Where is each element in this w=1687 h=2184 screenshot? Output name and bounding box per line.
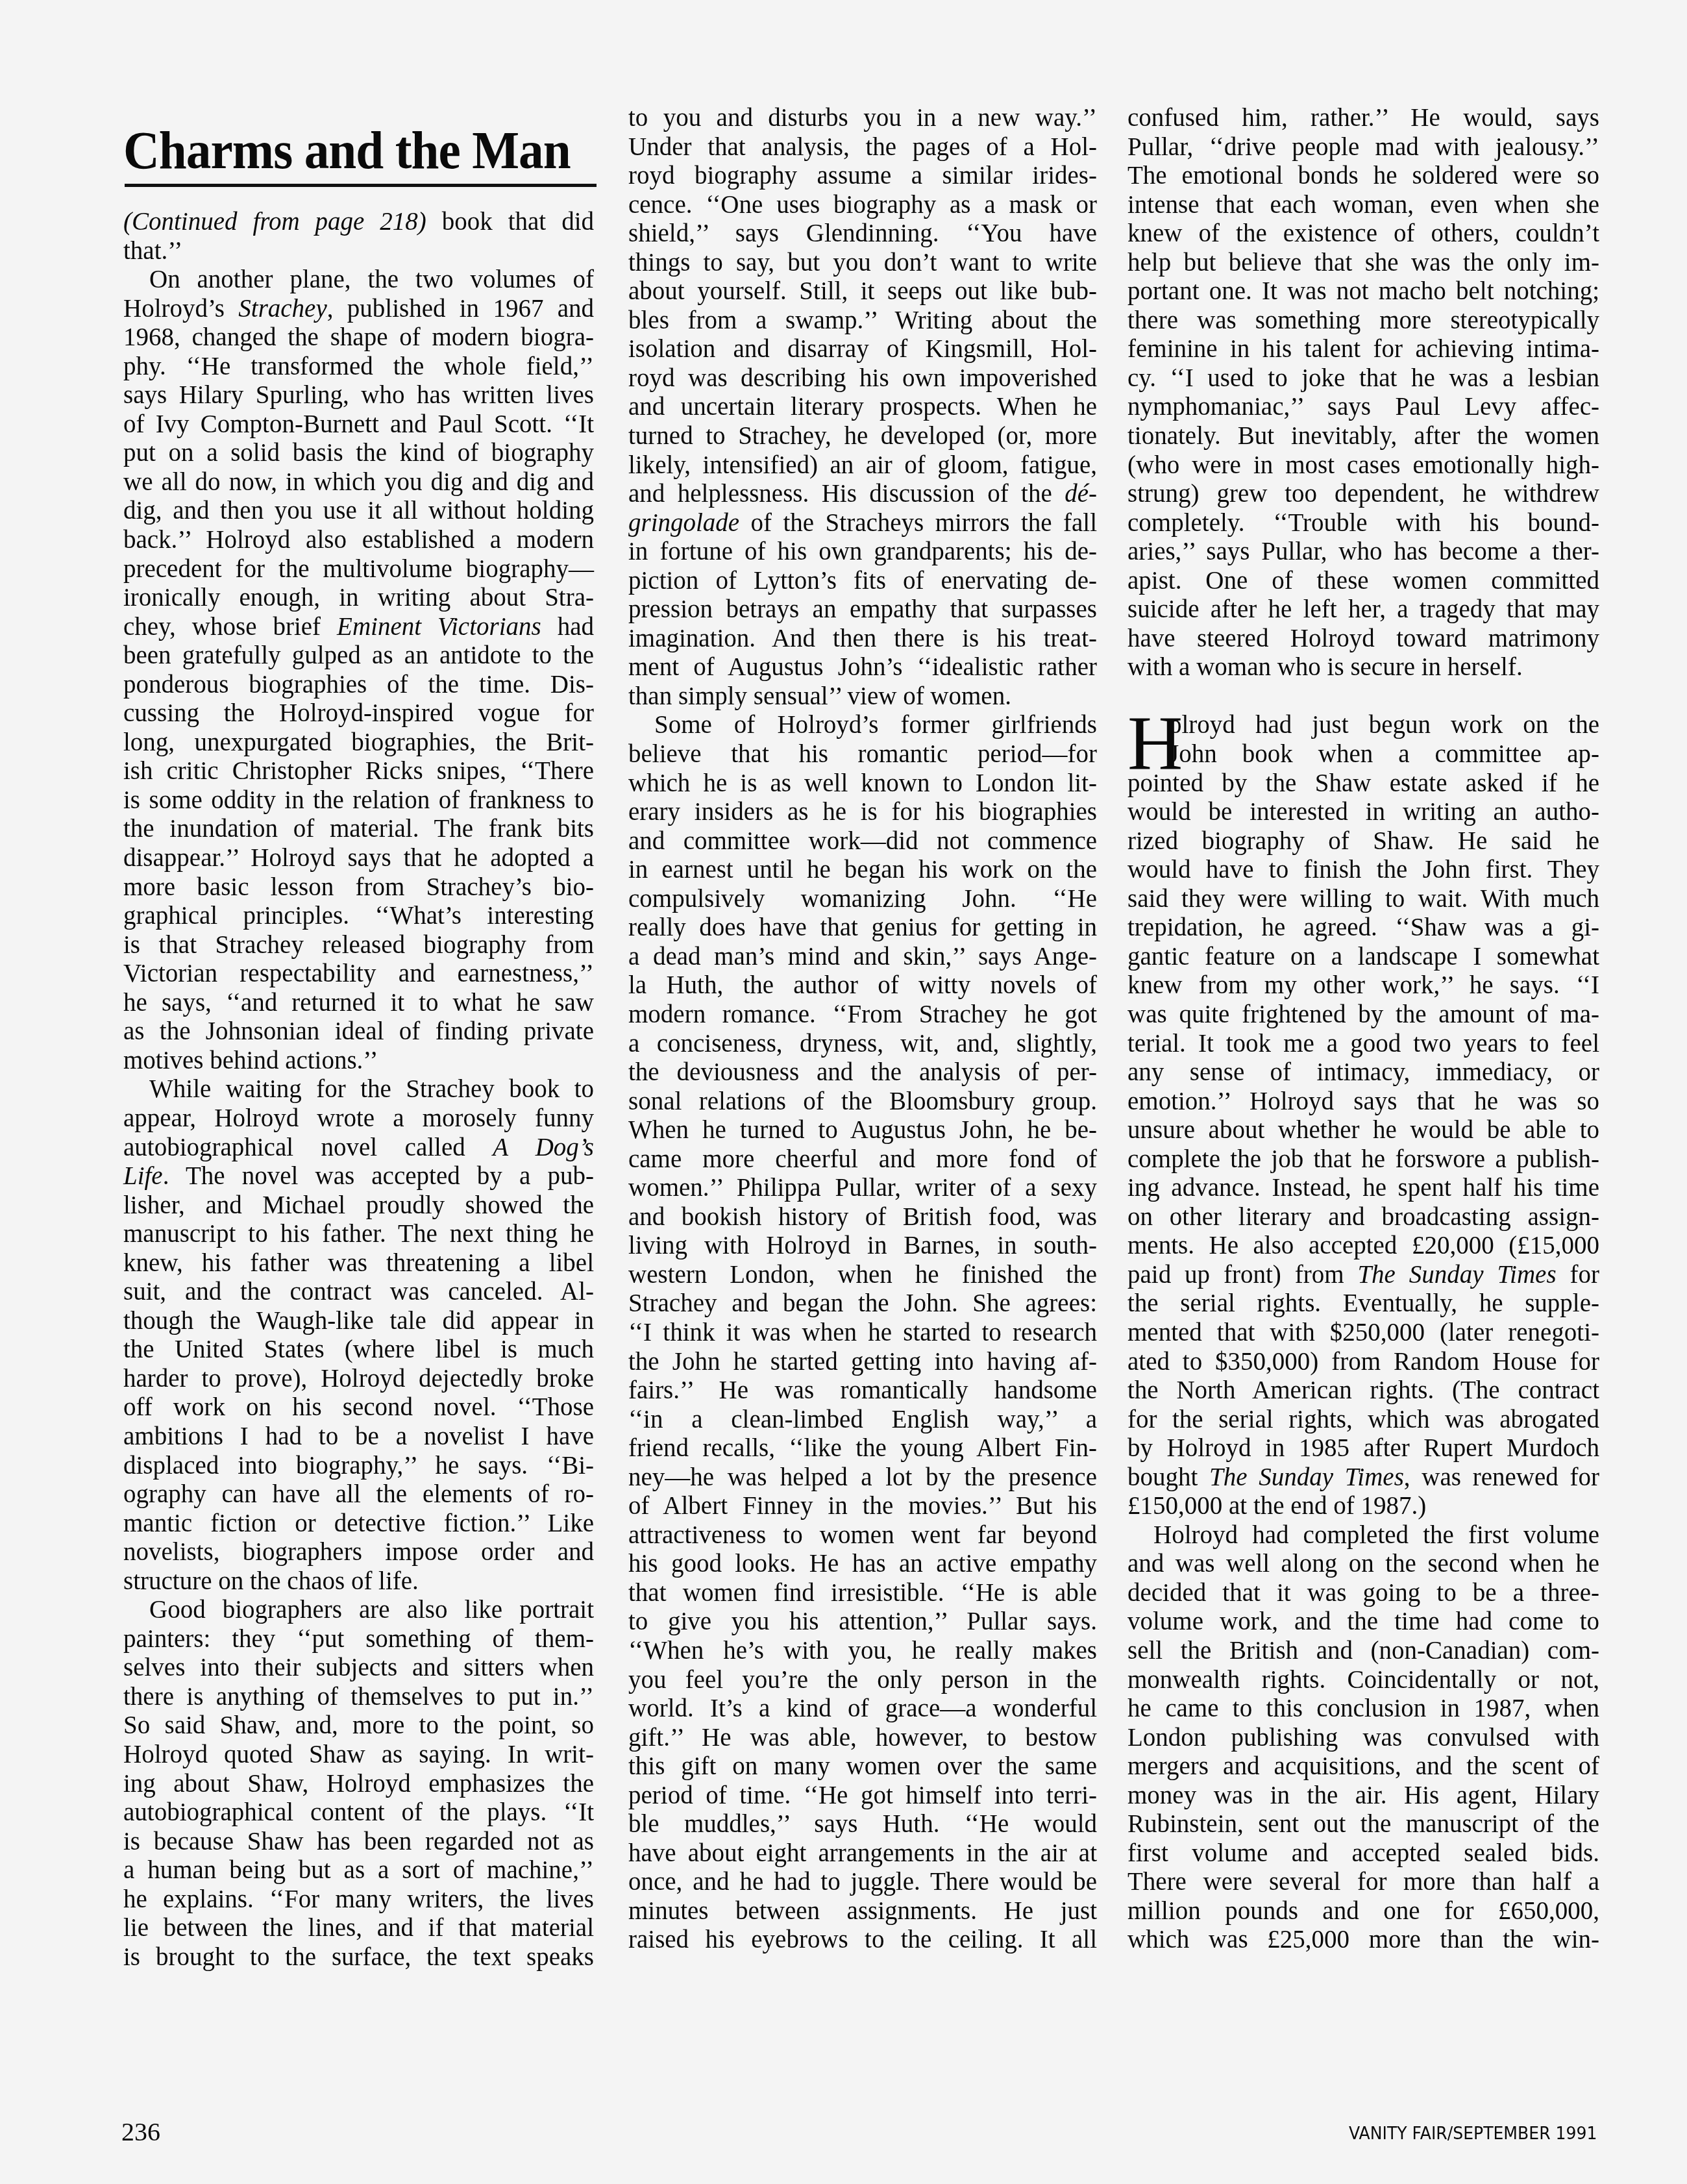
body-text: knew, his father was threatening a libel bbox=[123, 1249, 594, 1277]
text-line: John book when a committee ap- bbox=[1127, 740, 1599, 769]
body-text: (who were in most cases emotionally high… bbox=[1127, 451, 1599, 479]
body-text: we all do now, in which you dig and dig … bbox=[123, 468, 594, 496]
text-line: monwealth rights. Coincidentally or not, bbox=[1127, 1666, 1599, 1695]
text-line: period of time. ‘‘He got himself into te… bbox=[628, 1781, 1097, 1811]
body-text: Strachey and began the John. She agrees: bbox=[628, 1289, 1097, 1317]
italic-text: Strachey bbox=[238, 295, 326, 323]
body-text: royd was describing his own impoverished bbox=[628, 364, 1097, 392]
text-line: ironically enough, in writing about Stra… bbox=[123, 584, 594, 613]
body-text: western London, when he finished the bbox=[628, 1261, 1097, 1289]
body-text: ated to $350,000) from Random House for bbox=[1127, 1348, 1599, 1376]
text-line: first volume and accepted sealed bids. bbox=[1127, 1839, 1599, 1868]
body-text: than simply sensual’’ view of women. bbox=[628, 682, 1011, 710]
text-line: intense that each woman, even when she bbox=[1127, 191, 1599, 220]
text-line: ography can have all the elements of ro- bbox=[123, 1480, 594, 1509]
text-line: he came to this conclusion in 1987, when bbox=[1127, 1694, 1599, 1724]
body-text: John book when a committee ap- bbox=[1169, 740, 1599, 768]
text-line: help but believe that she was the only i… bbox=[1127, 249, 1599, 278]
text-line: ‘‘I think it was when he started to rese… bbox=[628, 1319, 1097, 1348]
text-line: though the Waugh-like tale did appear in bbox=[123, 1307, 594, 1336]
text-line: the United States (where libel is much bbox=[123, 1335, 594, 1365]
text-line: fairs.’’ He was romantically handsome bbox=[628, 1376, 1097, 1406]
text-line: decided that it was going to be a three- bbox=[1127, 1579, 1599, 1608]
body-text: Rubinstein, sent out the manuscript of t… bbox=[1127, 1810, 1599, 1838]
body-text: harder to prove), Holroyd dejectedly bro… bbox=[123, 1365, 594, 1393]
text-line: complete the job that he forswore a publ… bbox=[1127, 1145, 1599, 1174]
body-text: ironically enough, in writing about Stra… bbox=[123, 584, 594, 612]
text-line: paid up front) from The Sunday Times for bbox=[1127, 1261, 1599, 1290]
italic-text: A Dog’s bbox=[493, 1134, 594, 1161]
body-text: raised his eyebrows to the ceiling. It a… bbox=[628, 1926, 1097, 1954]
body-text: is because Shaw has been regarded not as bbox=[123, 1828, 594, 1855]
text-line: there is anything of themselves to put i… bbox=[123, 1683, 594, 1712]
body-text: phy. ‘‘He transformed the whole field,’’ bbox=[123, 353, 594, 380]
text-line: lisher, and Michael proudly showed the bbox=[123, 1191, 594, 1221]
text-line: about yourself. Still, it seeps out like… bbox=[628, 277, 1097, 306]
text-line: strung) grew too dependent, he withdrew bbox=[1127, 480, 1599, 509]
page-number: 236 bbox=[121, 2119, 160, 2145]
text-line: unsure about whether he would be able to bbox=[1127, 1116, 1599, 1145]
body-text: million pounds and one for £650,000, bbox=[1127, 1897, 1599, 1925]
text-line: said they were willing to wait. With muc… bbox=[1127, 885, 1599, 914]
body-text: fairs.’’ He was romantically handsome bbox=[628, 1376, 1097, 1404]
body-text: which he is as well known to London lit- bbox=[628, 769, 1097, 797]
body-text: completely. ‘‘Trouble with his bound- bbox=[1127, 509, 1599, 537]
body-text: have steered Holroyd toward matrimony bbox=[1127, 625, 1599, 652]
text-line: compulsively womanizing John. ‘‘He bbox=[628, 885, 1097, 914]
text-line: he says, ‘‘and returned it to what he sa… bbox=[123, 989, 594, 1018]
body-text: mented that with $250,000 (later renegot… bbox=[1127, 1319, 1599, 1346]
text-line: world. It’s a kind of grace—a wonderful bbox=[628, 1694, 1097, 1724]
text-line: a dead man’s mind and skin,’’ says Ange- bbox=[628, 943, 1097, 972]
text-line: la Huth, the author of witty novels of bbox=[628, 971, 1097, 1000]
text-line: ing about Shaw, Holroyd emphasizes the bbox=[123, 1770, 594, 1799]
text-line: Holroyd’s Strachey, published in 1967 an… bbox=[123, 295, 594, 324]
body-text: appear, Holroyd wrote a morosely funny bbox=[123, 1104, 594, 1132]
text-line: of Ivy Compton-Burnett and Paul Scott. ‘… bbox=[123, 410, 594, 440]
italic-text: dé- bbox=[1065, 480, 1097, 508]
text-line: his good looks. He has an active empathy bbox=[628, 1550, 1097, 1579]
text-line: suit, and the contract was canceled. Al- bbox=[123, 1278, 594, 1307]
text-line: disappear.’’ Holroyd says that he adopte… bbox=[123, 844, 594, 873]
text-line: which he is as well known to London lit- bbox=[628, 769, 1097, 799]
text-line: on other literary and broadcasting assig… bbox=[1127, 1203, 1599, 1232]
text-line: mantic fiction or detective fiction.’’ L… bbox=[123, 1509, 594, 1539]
body-text: monwealth rights. Coincidentally or not, bbox=[1127, 1666, 1599, 1694]
text-line: off work on his second novel. ‘‘Those bbox=[123, 1393, 594, 1422]
text-line: rized biography of Shaw. He said he bbox=[1127, 827, 1599, 856]
body-text: been gratefully gulped as an antidote to… bbox=[123, 641, 594, 669]
body-text: and helplessness. His discussion of the bbox=[628, 480, 1065, 508]
body-text: knew from my other work,’’ he says. ‘‘I bbox=[1127, 971, 1599, 999]
text-line: motives behind actions.’’ bbox=[123, 1047, 594, 1076]
text-line: and uncertain literary prospects. When h… bbox=[628, 393, 1097, 422]
text-line: there was something more stereotypically bbox=[1127, 306, 1599, 336]
body-text: said they were willing to wait. With muc… bbox=[1127, 885, 1599, 913]
text-line: that women find irresistible. ‘‘He is ab… bbox=[628, 1579, 1097, 1608]
body-text: Good biographers are also like portrait bbox=[149, 1596, 594, 1624]
body-text: for bbox=[1557, 1261, 1599, 1289]
text-line: autobiographical content of the plays. ‘… bbox=[123, 1798, 594, 1828]
text-line: back.’’ Holroyd also established a moder… bbox=[123, 526, 594, 555]
body-text: ments. He also accepted £20,000 (£15,000 bbox=[1127, 1232, 1599, 1260]
text-line: cy. ‘‘I used to joke that he was a lesbi… bbox=[1127, 364, 1599, 393]
body-text: believe that his romantic period—for bbox=[628, 740, 1097, 768]
body-text: he came to this conclusion in 1987, when bbox=[1127, 1694, 1599, 1722]
body-text: living with Holroyd in Barnes, in south- bbox=[628, 1232, 1097, 1260]
text-line: we all do now, in which you dig and dig … bbox=[123, 468, 594, 497]
text-line: living with Holroyd in Barnes, in south- bbox=[628, 1232, 1097, 1261]
body-text: women.’’ Philippa Pullar, writer of a se… bbox=[628, 1174, 1097, 1202]
body-text: When he turned to Augustus John, he be- bbox=[628, 1116, 1097, 1144]
body-text: ble muddles,’’ says Huth. ‘‘He would bbox=[628, 1810, 1097, 1838]
body-text: of Albert Finney in the movies.’’ But hi… bbox=[628, 1492, 1097, 1520]
body-text: he says, ‘‘and returned it to what he sa… bbox=[123, 989, 594, 1017]
body-text: erary insiders as he is for his biograph… bbox=[628, 798, 1097, 826]
text-line: Some of Holroyd’s former girlfriends bbox=[628, 711, 1097, 740]
text-line: to you and disturbs you in a new way.’’ bbox=[628, 104, 1097, 133]
body-text: unsure about whether he would be able to bbox=[1127, 1116, 1599, 1144]
body-text: things to say, but you don’t want to wri… bbox=[628, 249, 1097, 277]
body-text: ing about Shaw, Holroyd emphasizes the bbox=[123, 1770, 594, 1798]
body-text: compulsively womanizing John. ‘‘He bbox=[628, 885, 1097, 913]
body-text: says Hilary Spurling, who has written li… bbox=[123, 381, 594, 409]
text-line: gantic feature on a landscape I somewhat bbox=[1127, 943, 1599, 972]
body-text: off work on his second novel. ‘‘Those bbox=[123, 1393, 594, 1421]
body-text: of the Stracheys mirrors the fall bbox=[739, 509, 1097, 537]
body-text: period of time. ‘‘He got himself into te… bbox=[628, 1781, 1097, 1809]
body-text: attractiveness to women went far beyond bbox=[628, 1521, 1097, 1549]
body-text: on other literary and broadcasting assig… bbox=[1127, 1203, 1599, 1231]
text-line: money was in the air. His agent, Hilary bbox=[1127, 1781, 1599, 1811]
text-line: with a woman who is secure in herself. bbox=[1127, 653, 1599, 682]
body-text: royd biography assume a similar irides- bbox=[628, 162, 1097, 190]
body-text: for the serial rights, which was abrogat… bbox=[1127, 1406, 1599, 1433]
text-line: gringolade of the Stracheys mirrors the … bbox=[628, 509, 1097, 538]
text-line: royd was describing his own impoverished bbox=[628, 364, 1097, 393]
text-line: would have to finish the John first. The… bbox=[1127, 856, 1599, 885]
body-text: likely, intensified) an air of gloom, fa… bbox=[628, 451, 1097, 479]
text-line: knew, his father was threatening a libel bbox=[123, 1249, 594, 1278]
body-text: would have to finish the John first. The… bbox=[1127, 856, 1599, 884]
text-line: lie between the lines, and if that mater… bbox=[123, 1914, 594, 1943]
text-line: There were several for more than half a bbox=[1127, 1868, 1599, 1897]
body-text: nymphomaniac,’’ says Paul Levy affec- bbox=[1127, 393, 1599, 421]
body-text: suicide after he left her, a tragedy tha… bbox=[1127, 595, 1599, 623]
body-text: Some of Holroyd’s former girlfriends bbox=[654, 711, 1097, 739]
body-text: and committee work—did not commence bbox=[628, 827, 1097, 855]
body-text: £150,000 at the end of 1987.) bbox=[1127, 1492, 1426, 1520]
text-line: knew from my other work,’’ he says. ‘‘I bbox=[1127, 971, 1599, 1000]
text-line: displaced into biography,’’ he says. ‘‘B… bbox=[123, 1452, 594, 1481]
body-text: sell the British and (non-Canadian) com- bbox=[1127, 1637, 1599, 1665]
text-line: the deviousness and the analysis of per- bbox=[628, 1058, 1097, 1087]
text-line: Victorian respectability and earnestness… bbox=[123, 960, 594, 989]
body-text: mantic fiction or detective fiction.’’ L… bbox=[123, 1509, 594, 1537]
body-text: turned to Strachey, he developed (or, mo… bbox=[628, 422, 1097, 450]
text-line: Good biographers are also like portrait bbox=[123, 1596, 594, 1625]
body-text: the serial rights. Eventually, he supple… bbox=[1127, 1289, 1599, 1317]
text-line: have steered Holroyd toward matrimony bbox=[1127, 625, 1599, 654]
body-text: modern romance. ‘‘From Strachey he got bbox=[628, 1000, 1097, 1028]
text-line: and bookish history of British food, was bbox=[628, 1203, 1097, 1232]
body-text: tionately. But inevitably, after the wom… bbox=[1127, 422, 1599, 450]
text-line: phy. ‘‘He transformed the whole field,’’ bbox=[123, 353, 594, 382]
body-text: lisher, and Michael proudly showed the bbox=[123, 1191, 594, 1219]
article-column-2: to you and disturbs you in a new way.’’U… bbox=[628, 104, 1097, 1955]
text-line: is because Shaw has been regarded not as bbox=[123, 1828, 594, 1857]
text-line: which was £25,000 more than the win- bbox=[1127, 1926, 1599, 1955]
text-line: dig, and then you use it all without hol… bbox=[123, 497, 594, 526]
text-line: by Holroyd in 1985 after Rupert Murdoch bbox=[1127, 1434, 1599, 1463]
text-line: in earnest until he began his work on th… bbox=[628, 856, 1097, 885]
body-text: there is anything of themselves to put i… bbox=[123, 1683, 594, 1711]
text-line: sell the British and (non-Canadian) com- bbox=[1127, 1637, 1599, 1666]
text-line: portant one. It was not macho belt notch… bbox=[1127, 277, 1599, 306]
text-line: long, unexpurgated biographies, the Brit… bbox=[123, 728, 594, 758]
text-line: been gratefully gulped as an antidote to… bbox=[123, 641, 594, 671]
text-line: women.’’ Philippa Pullar, writer of a se… bbox=[628, 1174, 1097, 1203]
body-text: chey, whose brief bbox=[123, 613, 337, 641]
body-text: portant one. It was not macho belt notch… bbox=[1127, 277, 1599, 305]
text-line: London publishing was convulsed with bbox=[1127, 1724, 1599, 1753]
text-line: structure on the chaos of life. bbox=[123, 1567, 594, 1596]
body-text: rized biography of Shaw. He said he bbox=[1127, 827, 1599, 855]
body-text: ponderous biographies of the time. Dis- bbox=[123, 671, 594, 699]
body-text: which was £25,000 more than the win- bbox=[1127, 1926, 1599, 1954]
body-text: pression betrays an empathy that surpass… bbox=[628, 595, 1097, 623]
text-line: 1968, changed the shape of modern biogra… bbox=[123, 323, 594, 353]
body-text: cussing the Holroyd-inspired vogue for bbox=[123, 699, 594, 727]
text-line: ish critic Christopher Ricks snipes, ‘‘T… bbox=[123, 757, 594, 786]
body-text: lie between the lines, and if that mater… bbox=[123, 1914, 594, 1942]
text-line: turned to Strachey, he developed (or, mo… bbox=[628, 422, 1097, 451]
body-text: there was something more stereotypically bbox=[1127, 306, 1599, 334]
body-text: with a woman who is secure in herself. bbox=[1127, 653, 1523, 681]
body-text: once, and he had to juggle. There would … bbox=[628, 1868, 1097, 1896]
body-text: long, unexpurgated biographies, the Brit… bbox=[123, 728, 594, 756]
publication-credit: VANITY FAIR/SEPTEMBER 1991 bbox=[1349, 2124, 1597, 2144]
text-line: friend recalls, ‘‘like the young Albert … bbox=[628, 1434, 1097, 1463]
body-text: Under that analysis, the pages of a Hol- bbox=[628, 133, 1097, 161]
body-text: displaced into biography,’’ he says. ‘‘B… bbox=[123, 1452, 594, 1480]
italic-text: The Sunday Times bbox=[1209, 1463, 1404, 1491]
text-line: precedent for the multivolume biography— bbox=[123, 555, 594, 584]
text-line: pointed by the Shaw estate asked if he bbox=[1127, 769, 1599, 799]
text-line: tionately. But inevitably, after the wom… bbox=[1127, 422, 1599, 451]
text-line: minutes between assignments. He just bbox=[628, 1897, 1097, 1926]
body-text: was quite frightened by the amount of ma… bbox=[1127, 1000, 1599, 1028]
body-text: the inundation of material. The frank bi… bbox=[123, 815, 594, 843]
text-line: confused him, rather.’’ He would, says bbox=[1127, 104, 1599, 133]
text-line: Holroyd had just begun work on the bbox=[1127, 711, 1599, 740]
text-line: (who were in most cases emotionally high… bbox=[1127, 451, 1599, 480]
body-text: world. It’s a kind of grace—a wonderful bbox=[628, 1694, 1097, 1722]
text-line: attractiveness to women went far beyond bbox=[628, 1521, 1097, 1550]
text-line: the inundation of material. The frank bi… bbox=[123, 815, 594, 844]
text-line: things to say, but you don’t want to wri… bbox=[628, 249, 1097, 278]
text-line: likely, intensified) an air of gloom, fa… bbox=[628, 451, 1097, 480]
body-text: that women find irresistible. ‘‘He is ab… bbox=[628, 1579, 1097, 1607]
text-line: than simply sensual’’ view of women. bbox=[628, 682, 1097, 712]
body-text: the United States (where libel is much bbox=[123, 1335, 594, 1363]
text-line: £150,000 at the end of 1987.) bbox=[1127, 1492, 1599, 1521]
body-text: intense that each woman, even when she bbox=[1127, 191, 1599, 219]
body-text: in fortune of his own grandparents; his … bbox=[628, 538, 1097, 565]
article-column-1: (Continued from page 218) book that didt… bbox=[123, 208, 594, 1972]
text-line: When he turned to Augustus John, he be- bbox=[628, 1116, 1097, 1145]
text-line: really does have that genius for getting… bbox=[628, 913, 1097, 943]
body-text: Holroyd’s bbox=[123, 295, 238, 323]
text-line: says Hilary Spurling, who has written li… bbox=[123, 381, 594, 410]
text-line: completely. ‘‘Trouble with his bound- bbox=[1127, 509, 1599, 538]
body-text: ography can have all the elements of ro- bbox=[123, 1480, 594, 1508]
text-line: ambitions I had to be a novelist I have bbox=[123, 1422, 594, 1452]
body-text: and was well along on the second when he bbox=[1127, 1550, 1599, 1578]
text-line: appear, Holroyd wrote a morosely funny bbox=[123, 1104, 594, 1134]
text-line: erary insiders as he is for his biograph… bbox=[628, 798, 1097, 827]
body-text: ing advance. Instead, he spent half his … bbox=[1127, 1174, 1599, 1202]
text-line: chey, whose brief Eminent Victorians had bbox=[123, 613, 594, 642]
body-text: friend recalls, ‘‘like the young Albert … bbox=[628, 1434, 1097, 1462]
body-text: a dead man’s mind and skin,’’ says Ange- bbox=[628, 943, 1097, 971]
body-text: structure on the chaos of life. bbox=[123, 1567, 419, 1595]
body-text: the deviousness and the analysis of per- bbox=[628, 1058, 1097, 1086]
text-line: manuscript to his father. The next thing… bbox=[123, 1220, 594, 1249]
body-text: novelists, biographers impose order and bbox=[123, 1538, 594, 1566]
text-line: volume work, and the time had come to bbox=[1127, 1607, 1599, 1637]
body-text: trepidation, he agreed. ‘‘Shaw was a gi- bbox=[1127, 913, 1599, 941]
body-text: you feel you’re the only person in the bbox=[628, 1666, 1097, 1694]
body-text: mergers and acquisitions, and the scent … bbox=[1127, 1752, 1599, 1780]
text-line: selves into their subjects and sitters w… bbox=[123, 1654, 594, 1683]
text-line: of Albert Finney in the movies.’’ But hi… bbox=[628, 1492, 1097, 1521]
text-line: Holroyd had completed the first volume bbox=[1127, 1521, 1599, 1550]
text-line: Life. The novel was accepted by a pub- bbox=[123, 1162, 594, 1191]
body-text: ment of Augustus John’s ‘‘idealistic rat… bbox=[628, 653, 1097, 681]
body-text: by Holroyd in 1985 after Rupert Murdoch bbox=[1127, 1434, 1599, 1462]
body-text: piction of Lytton’s fits of enervating d… bbox=[628, 567, 1097, 595]
text-line: Holroyd quoted Shaw as saying. In writ- bbox=[123, 1741, 594, 1770]
text-line: a human being but as a sort of machine,’… bbox=[123, 1856, 594, 1885]
body-text: cence. ‘‘One uses biography as a mask or bbox=[628, 191, 1097, 219]
body-text: knew of the existence of others, couldn’… bbox=[1127, 219, 1599, 247]
text-line: ated to $350,000) from Random House for bbox=[1127, 1348, 1599, 1377]
text-line: novelists, biographers impose order and bbox=[123, 1538, 594, 1567]
body-text: Holroyd had completed the first volume bbox=[1153, 1521, 1599, 1549]
text-line: emotion.’’ Holroyd says that he was so bbox=[1127, 1087, 1599, 1117]
body-text: this gift on many women over the same bbox=[628, 1752, 1097, 1780]
body-text: and bookish history of British food, was bbox=[628, 1203, 1097, 1231]
text-line: feminine in his talent for achieving int… bbox=[1127, 335, 1599, 364]
text-line: ments. He also accepted £20,000 (£15,000 bbox=[1127, 1232, 1599, 1261]
body-text: the North American rights. (The contract bbox=[1127, 1376, 1599, 1404]
body-text: ambitions I had to be a novelist I have bbox=[123, 1422, 594, 1450]
body-text: money was in the air. His agent, Hilary bbox=[1127, 1781, 1599, 1809]
text-line: ble muddles,’’ says Huth. ‘‘He would bbox=[628, 1810, 1097, 1839]
body-text: emotion.’’ Holroyd says that he was so bbox=[1127, 1087, 1599, 1115]
body-text: is brought to the surface, the text spea… bbox=[123, 1943, 594, 1971]
italic-text: gringolade bbox=[628, 509, 739, 537]
body-text: volume work, and the time had come to bbox=[1127, 1607, 1599, 1635]
body-text: The emotional bonds he soldered were so bbox=[1127, 162, 1599, 190]
text-line: piction of Lytton’s fits of enervating d… bbox=[628, 567, 1097, 596]
text-line: raised his eyebrows to the ceiling. It a… bbox=[628, 1926, 1097, 1955]
text-line: sonal relations of the Bloomsbury group. bbox=[628, 1087, 1097, 1117]
text-line: and helplessness. His discussion of the … bbox=[628, 480, 1097, 509]
text-line: is that Strachey released biography from bbox=[123, 931, 594, 960]
text-line: this gift on many women over the same bbox=[628, 1752, 1097, 1781]
title-rule bbox=[125, 184, 597, 187]
body-text: , was renewed for bbox=[1404, 1463, 1599, 1491]
body-text: apist. One of these women committed bbox=[1127, 567, 1599, 595]
text-line: bles from a swamp.’’ Writing about the bbox=[628, 306, 1097, 336]
text-line: mented that with $250,000 (later renegot… bbox=[1127, 1319, 1599, 1348]
text-line: autobiographical novel called A Dog’s bbox=[123, 1134, 594, 1163]
body-text: painters: they ‘‘put something of them- bbox=[123, 1625, 594, 1653]
body-text: confused him, rather.’’ He would, says bbox=[1127, 104, 1599, 132]
body-text: book that did bbox=[426, 208, 594, 236]
italic-text: The Sunday Times bbox=[1357, 1261, 1556, 1289]
text-line: ‘‘When he’s with you, he really makes bbox=[628, 1637, 1097, 1666]
body-text: would be interested in writing an autho- bbox=[1127, 798, 1599, 826]
body-text: motives behind actions.’’ bbox=[123, 1047, 378, 1074]
body-text: a human being but as a sort of machine,’… bbox=[123, 1856, 594, 1884]
text-line: trepidation, he agreed. ‘‘Shaw was a gi- bbox=[1127, 913, 1599, 943]
text-line: the serial rights. Eventually, he supple… bbox=[1127, 1289, 1599, 1319]
body-text: ney—he was helped a lot by the presence bbox=[628, 1463, 1097, 1491]
body-text: ‘‘When he’s with you, he really makes bbox=[628, 1637, 1097, 1665]
text-line: as the Johnsonian ideal of finding priva… bbox=[123, 1017, 594, 1047]
body-text: he explains. ‘‘For many writers, the liv… bbox=[123, 1885, 594, 1913]
body-text: . The novel was accepted by a pub- bbox=[163, 1162, 594, 1190]
body-text: have about eight arrangements in the air… bbox=[628, 1839, 1097, 1867]
body-text: any sense of intimacy, immediacy, or bbox=[1127, 1058, 1599, 1086]
body-text: shield,’’ says Glendinning. ‘‘You have bbox=[628, 219, 1097, 247]
italic-text: Eminent Victorians bbox=[337, 613, 541, 641]
text-line: bought The Sunday Times, was renewed for bbox=[1127, 1463, 1599, 1493]
text-line: ment of Augustus John’s ‘‘idealistic rat… bbox=[628, 653, 1097, 682]
body-text: precedent for the multivolume biography— bbox=[123, 555, 594, 583]
body-text: imagination. And then there is his treat… bbox=[628, 625, 1097, 652]
body-text: though the Waugh-like tale did appear in bbox=[123, 1307, 594, 1335]
text-line: Pullar, ‘‘drive people mad with jealousy… bbox=[1127, 133, 1599, 162]
text-line: a conciseness, dryness, wit, and, slight… bbox=[628, 1030, 1097, 1059]
body-text: complete the job that he forswore a publ… bbox=[1127, 1145, 1599, 1173]
body-text: London publishing was convulsed with bbox=[1127, 1724, 1599, 1752]
text-line: On another plane, the two volumes of bbox=[123, 266, 594, 295]
text-line: the North American rights. (The contract bbox=[1127, 1376, 1599, 1406]
text-line: came more cheerful and more fond of bbox=[628, 1145, 1097, 1174]
body-text: ‘‘in a clean-limbed English way,’’ a bbox=[628, 1406, 1097, 1433]
body-text: Pullar, ‘‘drive people mad with jealousy… bbox=[1127, 133, 1599, 161]
body-text: back.’’ Holroyd also established a moder… bbox=[123, 526, 594, 554]
text-line: have about eight arrangements in the air… bbox=[628, 1839, 1097, 1868]
article-column-3: confused him, rather.’’ He would, saysPu… bbox=[1127, 104, 1599, 1955]
text-line: more basic lesson from Strachey’s bio- bbox=[123, 873, 594, 902]
text-line: While waiting for the Strachey book to bbox=[123, 1075, 594, 1104]
body-text: to you and disturbs you in a new way.’’ bbox=[628, 104, 1097, 132]
body-text: to give you his attention,’’ Pullar says… bbox=[628, 1607, 1097, 1635]
body-text: strung) grew too dependent, he withdrew bbox=[1127, 480, 1599, 508]
text-line: believe that his romantic period—for bbox=[628, 740, 1097, 769]
body-text: pointed by the Shaw estate asked if he bbox=[1127, 769, 1599, 797]
body-text: Holroyd quoted Shaw as saying. In writ- bbox=[123, 1741, 594, 1768]
article-title: Charms and the Man bbox=[123, 121, 564, 179]
body-text: suit, and the contract was canceled. Al- bbox=[123, 1278, 594, 1306]
body-text: the John he started getting into having … bbox=[628, 1348, 1097, 1376]
body-text: , published in 1967 and bbox=[327, 295, 594, 323]
